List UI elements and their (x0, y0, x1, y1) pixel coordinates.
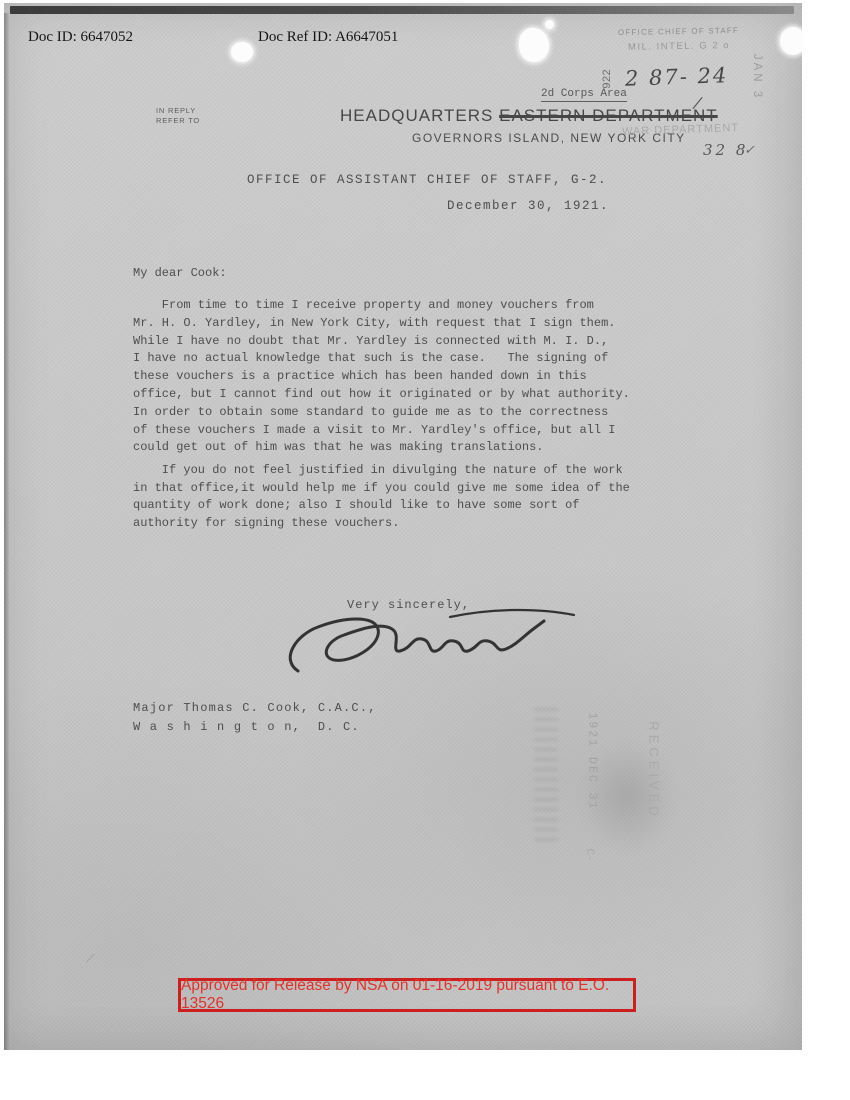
office-of-assistant-chief-line: OFFICE OF ASSISTANT CHIEF OF STAFF, G-2. (247, 173, 607, 187)
received-stamp: RECEIVED (647, 719, 662, 823)
scan-top-edge-shadow (10, 6, 794, 14)
punch-hole (780, 27, 802, 55)
received-date-stamp-suffix: C- (583, 840, 595, 870)
handwritten-328: 32 8 (703, 141, 748, 159)
recipient-city-line: W a s h i n g t o n, D. C. (133, 720, 360, 734)
signature-scribble (282, 601, 582, 681)
jan-3-date-stamp: JAN 3 (751, 45, 763, 109)
corps-area-overprint: 2d Corps Area (541, 88, 627, 102)
faint-illegible-stamp (534, 701, 558, 841)
recipient-name-line: Major Thomas C. Cook, C.A.C., (133, 701, 377, 715)
handwritten-check-mark: ✓ (744, 143, 755, 158)
release-box: Approved for Release by NSA on 01-16-201… (178, 978, 636, 1012)
handwritten-file-number: 2 87- 24 (625, 63, 729, 91)
salutation: My dear Cook: (133, 266, 227, 280)
in-reply-label: IN REPLY (156, 106, 200, 116)
punch-hole (231, 42, 253, 62)
scanned-document-page: Doc ID: 6647052 Doc Ref ID: A6647051 OFF… (4, 3, 802, 1050)
punch-hole (519, 28, 549, 62)
headquarters-label: HEADQUARTERS (340, 106, 493, 125)
body-paragraph-2: If you do not feel justified in divulgin… (133, 462, 630, 532)
refer-to-label: REFER TO (156, 116, 200, 126)
letter-date: December 30, 1921. (447, 199, 609, 213)
doc-ref-id-label: Doc Ref ID: A6647051 (258, 29, 398, 46)
pencil-mark: / (86, 951, 94, 967)
struck-eastern-department: EASTERN DEPARTMENT (499, 106, 718, 125)
received-date-stamp: 1921 DEC 31 (586, 680, 599, 844)
office-chief-of-staff-stamp: OFFICE CHIEF OF STAFF (618, 26, 739, 37)
body-paragraph-1: From time to time I receive property and… (133, 297, 630, 457)
scan-left-edge-shadow (4, 13, 9, 1050)
punch-hole (545, 20, 554, 29)
doc-id-label: Doc ID: 6647052 (28, 29, 133, 46)
release-text: Approved for Release by NSA on 01-16-201… (181, 977, 633, 1013)
mil-intel-stamp: MIL. INTEL. G 2 o (628, 40, 730, 53)
